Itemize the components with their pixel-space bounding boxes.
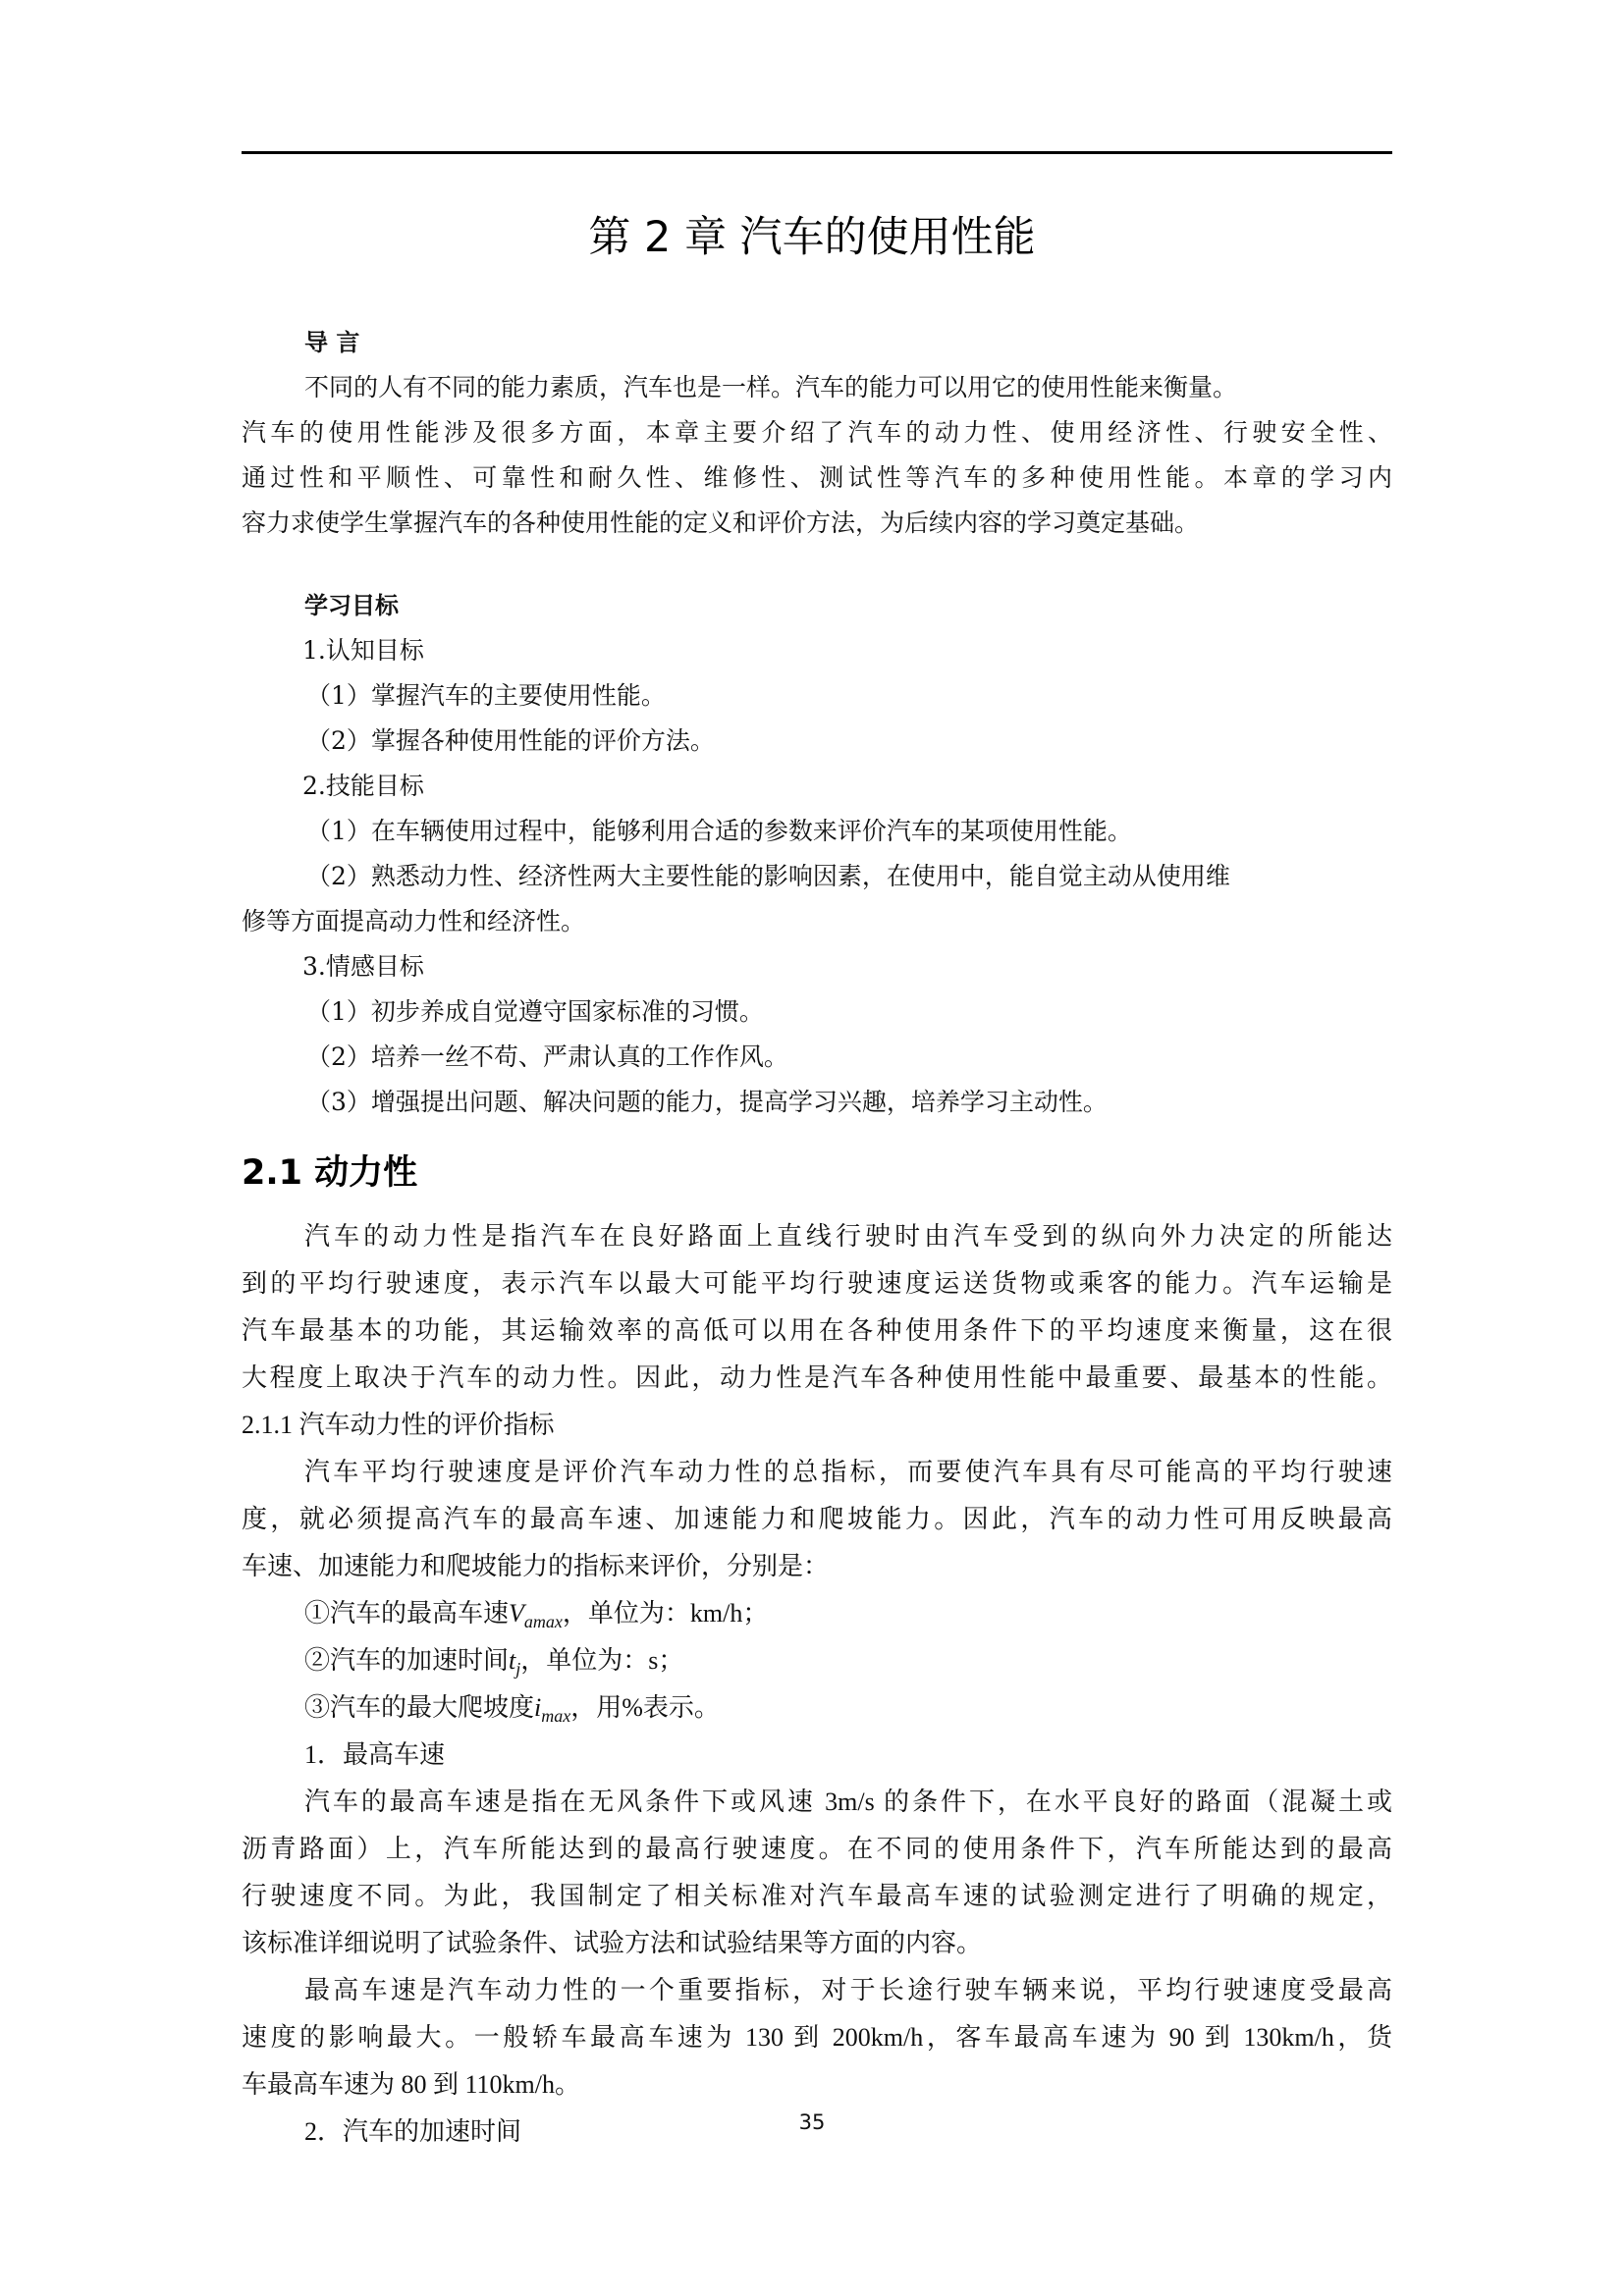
paragraph-line: 到的平均行驶速度，表示汽车以最大可能平均行驶速度运送货物或乘客的能力。汽车运输是 <box>242 1260 1392 1308</box>
paragraph-line: 沥青路面）上，汽车所能达到的最高行驶速度。在不同的使用条件下，汽车所能达到的最高 <box>242 1826 1392 1873</box>
intro-line: 容力求使学生掌握汽车的各种使用性能的定义和评价方法，为后续内容的学习奠定基础。 <box>242 501 1392 546</box>
document-page: 第 2 章 汽车的使用性能 导 言 不同的人有不同的能力素质，汽车也是一样。汽车… <box>0 0 1624 2296</box>
indicator-max-gradeability: ③汽车的最大爬坡度imax，用%表示。 <box>242 1684 1392 1732</box>
intro-section: 导 言 不同的人有不同的能力素质，汽车也是一样。汽车的能力可以用它的使用性能来衡… <box>242 320 1392 546</box>
paragraph-line: 速度的影响最大。一般轿车最高车速为 130 到 200km/h，客车最高车速为 … <box>242 2014 1392 2061</box>
paragraph-line: 该标准详细说明了试验条件、试验方法和试验结果等方面的内容。 <box>242 1920 1392 1967</box>
objective-group-title: 2.技能目标 <box>242 764 1392 809</box>
objective-group-title: 3.情感目标 <box>242 944 1392 989</box>
chapter-title: 第 2 章 汽车的使用性能 <box>0 208 1624 267</box>
indicator-acceleration-time: ②汽车的加速时间tj，单位为：s； <box>242 1637 1392 1684</box>
subscript-max: max <box>541 1706 570 1726</box>
subsection-heading-2-1-1: 2.1.1 汽车动力性的评价指标 <box>242 1402 1392 1449</box>
paragraph-line: 度，就必须提高汽车的最高车速、加速能力和爬坡能力。因此，汽车的动力性可用反映最高 <box>242 1496 1392 1543</box>
subscript-amax: amax <box>524 1612 563 1631</box>
objective-item: （1）掌握汽车的主要使用性能。 <box>242 673 1392 719</box>
paragraph-line: 大程度上取决于汽车的动力性。因此，动力性是汽车各种使用性能中最重要、最基本的性能… <box>242 1355 1392 1402</box>
intro-line: 汽车的使用性能涉及很多方面，本章主要介绍了汽车的动力性、使用经济性、行驶安全性、 <box>242 410 1392 455</box>
objective-item: （1）在车辆使用过程中，能够利用合适的参数来评价汽车的某项使用性能。 <box>242 809 1392 854</box>
symbol-v: V <box>509 1599 524 1628</box>
objective-item: （3）增强提出问题、解决问题的能力，提高学习兴趣，培养学习主动性。 <box>242 1080 1392 1125</box>
paragraph-line: 最高车速是汽车动力性的一个重要指标，对于长途行驶车辆来说，平均行驶速度受最高 <box>242 1967 1392 2014</box>
paragraph-line: 汽车的动力性是指汽车在良好路面上直线行驶时由汽车受到的纵向外力决定的所能达 <box>242 1213 1392 1260</box>
page-number: 35 <box>0 2110 1624 2134</box>
section-2-1-body: 汽车的动力性是指汽车在良好路面上直线行驶时由汽车受到的纵向外力决定的所能达 到的… <box>242 1213 1392 2156</box>
indicator-max-speed: ①汽车的最高车速Vamax，单位为：km/h； <box>242 1590 1392 1637</box>
intro-heading: 导 言 <box>242 320 1392 365</box>
paragraph-line: 汽车平均行驶速度是评价汽车动力性的总指标，而要使汽车具有尽可能高的平均行驶速 <box>242 1449 1392 1496</box>
objectives-heading: 学习目标 <box>242 583 1392 628</box>
objective-item-continued: 修等方面提高动力性和经济性。 <box>242 899 1392 944</box>
objective-item: （1）初步养成自觉遵守国家标准的习惯。 <box>242 989 1392 1035</box>
objectives-section: 学习目标 1.认知目标 （1）掌握汽车的主要使用性能。 （2）掌握各种使用性能的… <box>242 583 1392 1125</box>
section-heading-2-1: 2.1 动力性 <box>242 1148 417 1198</box>
objective-group-title: 1.认知目标 <box>242 628 1392 673</box>
item-heading-max-speed: 1．最高车速 <box>242 1732 1392 1779</box>
paragraph-line: 车速、加速能力和爬坡能力的指标来评价，分别是： <box>242 1543 1392 1590</box>
paragraph-line: 行驶速度不同。为此，我国制定了相关标准对汽车最高车速的试验测定进行了明确的规定， <box>242 1873 1392 1920</box>
objective-item: （2）掌握各种使用性能的评价方法。 <box>242 719 1392 764</box>
paragraph-line: 汽车最基本的功能，其运输效率的高低可以用在各种使用条件下的平均速度来衡量，这在很 <box>242 1308 1392 1355</box>
objective-item: （2）培养一丝不苟、严肃认真的工作作风。 <box>242 1035 1392 1080</box>
intro-line: 不同的人有不同的能力素质，汽车也是一样。汽车的能力可以用它的使用性能来衡量。 <box>242 365 1392 410</box>
header-rule <box>242 151 1392 154</box>
paragraph-line: 车最高车速为 80 到 110km/h。 <box>242 2061 1392 2109</box>
intro-line: 通过性和平顺性、可靠性和耐久性、维修性、测试性等汽车的多种使用性能。本章的学习内 <box>242 455 1392 501</box>
objective-item: （2）熟悉动力性、经济性两大主要性能的影响因素，在使用中，能自觉主动从使用维 <box>242 854 1392 899</box>
paragraph-line: 汽车的最高车速是指在无风条件下或风速 3m/s 的条件下，在水平良好的路面（混凝… <box>242 1779 1392 1826</box>
